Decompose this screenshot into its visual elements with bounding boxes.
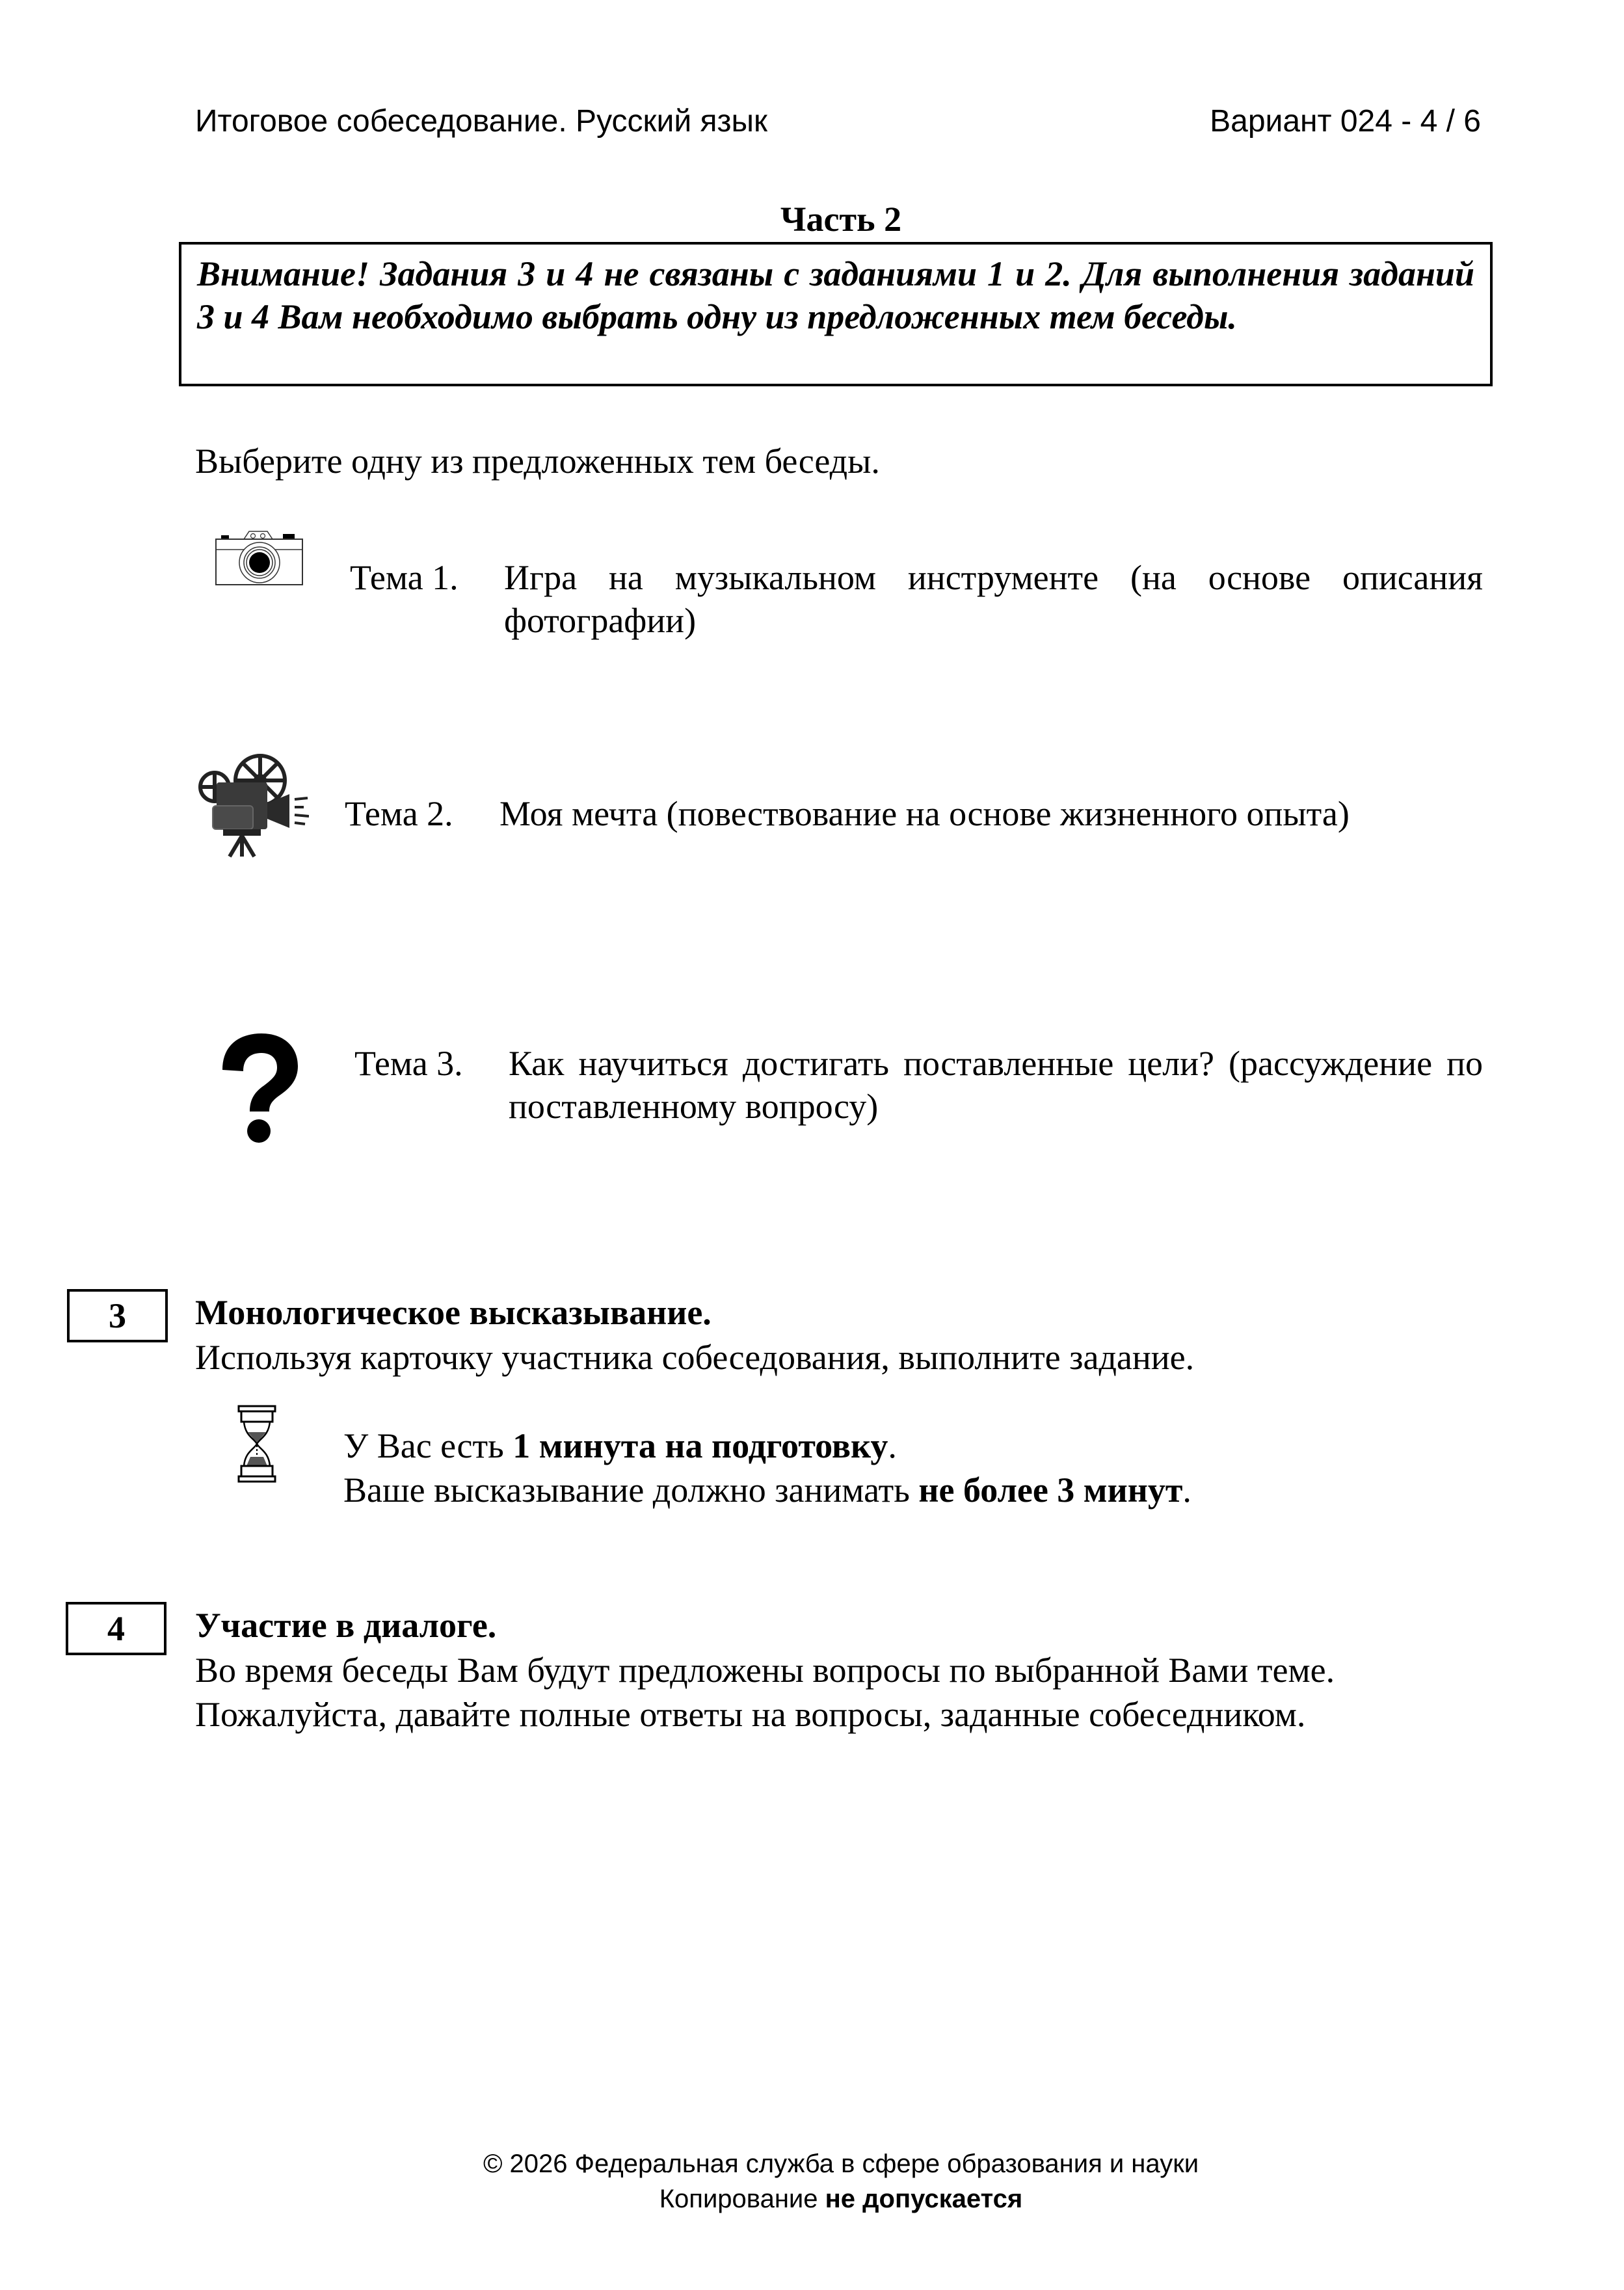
prep-time-note: У Вас есть 1 минута на подготовку.: [343, 1424, 897, 1467]
prep-time-value: 1 минута на подготовку: [512, 1426, 888, 1465]
task-4-body-line-2: Пожалуйста, давайте полные ответы на воп…: [195, 1692, 1496, 1737]
task-3-title: Монологическое высказывание.: [195, 1291, 712, 1334]
speech-time-prefix: Ваше высказывание должно занимать: [343, 1471, 918, 1510]
part-title: Часть 2: [0, 198, 1624, 240]
task-3-body: Используя карточку участника собеседован…: [195, 1335, 1194, 1379]
task-3-number: 3: [67, 1289, 168, 1342]
topic-2-label: Тема 2.: [345, 792, 453, 835]
question-mark-icon: [215, 1031, 306, 1148]
task-4-body-line-1: Во время беседы Вам будут предложены воп…: [195, 1648, 1496, 1692]
copyright-notice: © 2026 Федеральная служба в сфере образо…: [0, 2146, 1624, 2181]
speech-time-value: не более 3 минут: [918, 1471, 1182, 1510]
speech-time-note: Ваше высказывание должно занимать не бол…: [343, 1469, 1191, 1511]
topic-instruction: Выберите одну из предложенных тем беседы…: [195, 440, 880, 483]
copy-restriction-prefix: Копирование: [659, 2185, 825, 2213]
topic-1-label: Тема 1.: [350, 556, 459, 599]
topic-3-label: Тема 3.: [354, 1042, 463, 1085]
copy-restriction: Копирование не допускается: [0, 2181, 1624, 2217]
task-4-number: 4: [66, 1602, 166, 1655]
prep-time-suffix: .: [888, 1426, 897, 1465]
speech-time-suffix: .: [1182, 1471, 1191, 1510]
document-title: Итоговое собеседование. Русский язык: [195, 103, 767, 140]
camera-icon: [211, 530, 306, 592]
task-4-body: Во время беседы Вам будут предложены воп…: [195, 1648, 1496, 1737]
prep-time-prefix: У Вас есть: [343, 1426, 512, 1465]
variant-page-number: Вариант 024 - 4 / 6: [1210, 103, 1481, 140]
film-projector-icon: [192, 751, 309, 859]
task-4-title: Участие в диалоге.: [195, 1604, 496, 1647]
warning-box: Внимание! Задания 3 и 4 не связаны с зад…: [179, 242, 1493, 386]
copy-restriction-bold: не допускается: [825, 2185, 1023, 2213]
topic-1-text: Игра на музыкальном инструменте (на осно…: [504, 556, 1483, 642]
topic-2-text: Моя мечта (повествование на основе жизне…: [499, 792, 1501, 835]
warning-text: Внимание! Задания 3 и 4 не связаны с зад…: [197, 252, 1474, 338]
hourglass-icon: [237, 1405, 276, 1483]
topic-3-text: Как научиться достигать поставленные цел…: [509, 1042, 1483, 1128]
